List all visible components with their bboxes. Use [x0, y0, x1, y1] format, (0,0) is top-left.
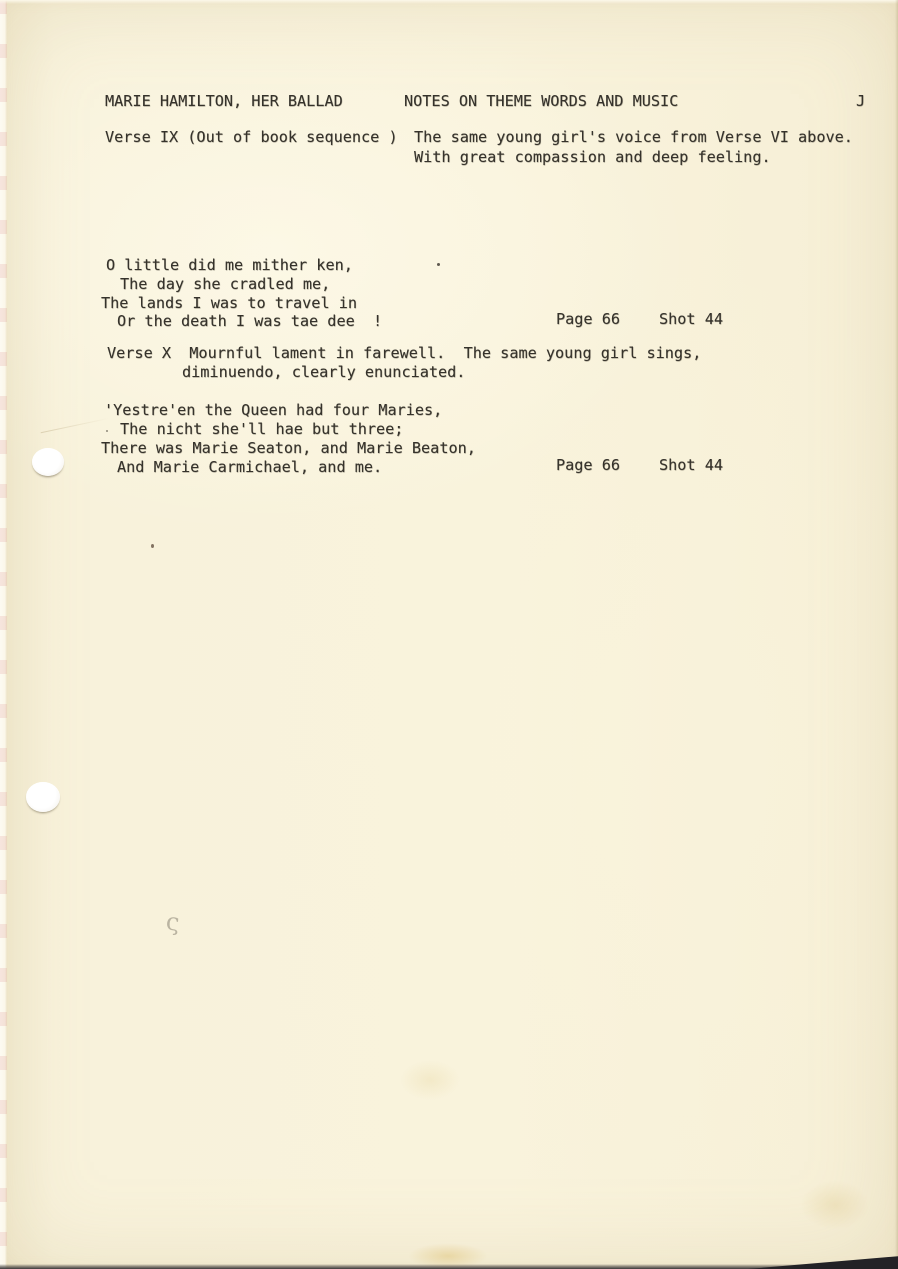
- scan-edge-top: [0, 0, 898, 4]
- paper-stain: [400, 1060, 460, 1100]
- stanza2-line-3: There was Marie Seaton, and Marie Beaton…: [101, 440, 476, 457]
- stanza2-line-1: 'Yestre'en the Queen had four Maries,: [104, 402, 442, 419]
- paper-crease: [41, 418, 110, 434]
- scan-edge-left: [0, 0, 7, 1269]
- ink-speck: [151, 544, 154, 548]
- verse-ix-label: Verse IX (Out of book sequence ): [105, 129, 398, 146]
- verse-x-label-line-1: Verse X Mournful lament in farewell. The…: [107, 345, 701, 362]
- verse-x-label-line-2: diminuendo, clearly enunciated.: [182, 364, 465, 381]
- stanza1-line-1: O little did me mither ken,: [106, 257, 353, 274]
- stanza2-line-4: And Marie Carmichael, and me.: [117, 459, 382, 476]
- stanza1-line-2: The day she cradled me,: [120, 276, 330, 293]
- verse-ix-note-line-2: With great compassion and deep feeling.: [414, 149, 771, 166]
- pencil-mark: ς: [165, 908, 180, 937]
- stanza2-shot-ref: Shot 44: [659, 457, 723, 474]
- verse-ix-note-line-1: The same young girl's voice from Verse V…: [414, 129, 853, 146]
- paper-stain: [800, 1180, 870, 1230]
- stanza2-line-2: The nicht she'll hae but three;: [120, 421, 403, 438]
- stanza2-page-ref: Page 66: [556, 457, 620, 474]
- stanza1-shot-ref: Shot 44: [659, 311, 723, 328]
- stanza1-page-ref: Page 66: [556, 311, 620, 328]
- stanza1-line-4: Or the death I was tae dee !: [117, 313, 382, 330]
- punch-hole-bottom: [26, 782, 60, 812]
- ink-speck: [437, 263, 440, 266]
- page-letter: J: [856, 93, 865, 110]
- document-subtitle: NOTES ON THEME WORDS AND MUSIC: [404, 93, 678, 110]
- ink-speck: [106, 430, 108, 432]
- stanza1-line-3: The lands I was to travel in: [101, 295, 357, 312]
- paper-sheet: MARIE HAMILTON, HER BALLAD NOTES ON THEM…: [0, 0, 898, 1269]
- punch-hole-top: [32, 448, 64, 476]
- document-title: MARIE HAMILTON, HER BALLAD: [105, 93, 343, 110]
